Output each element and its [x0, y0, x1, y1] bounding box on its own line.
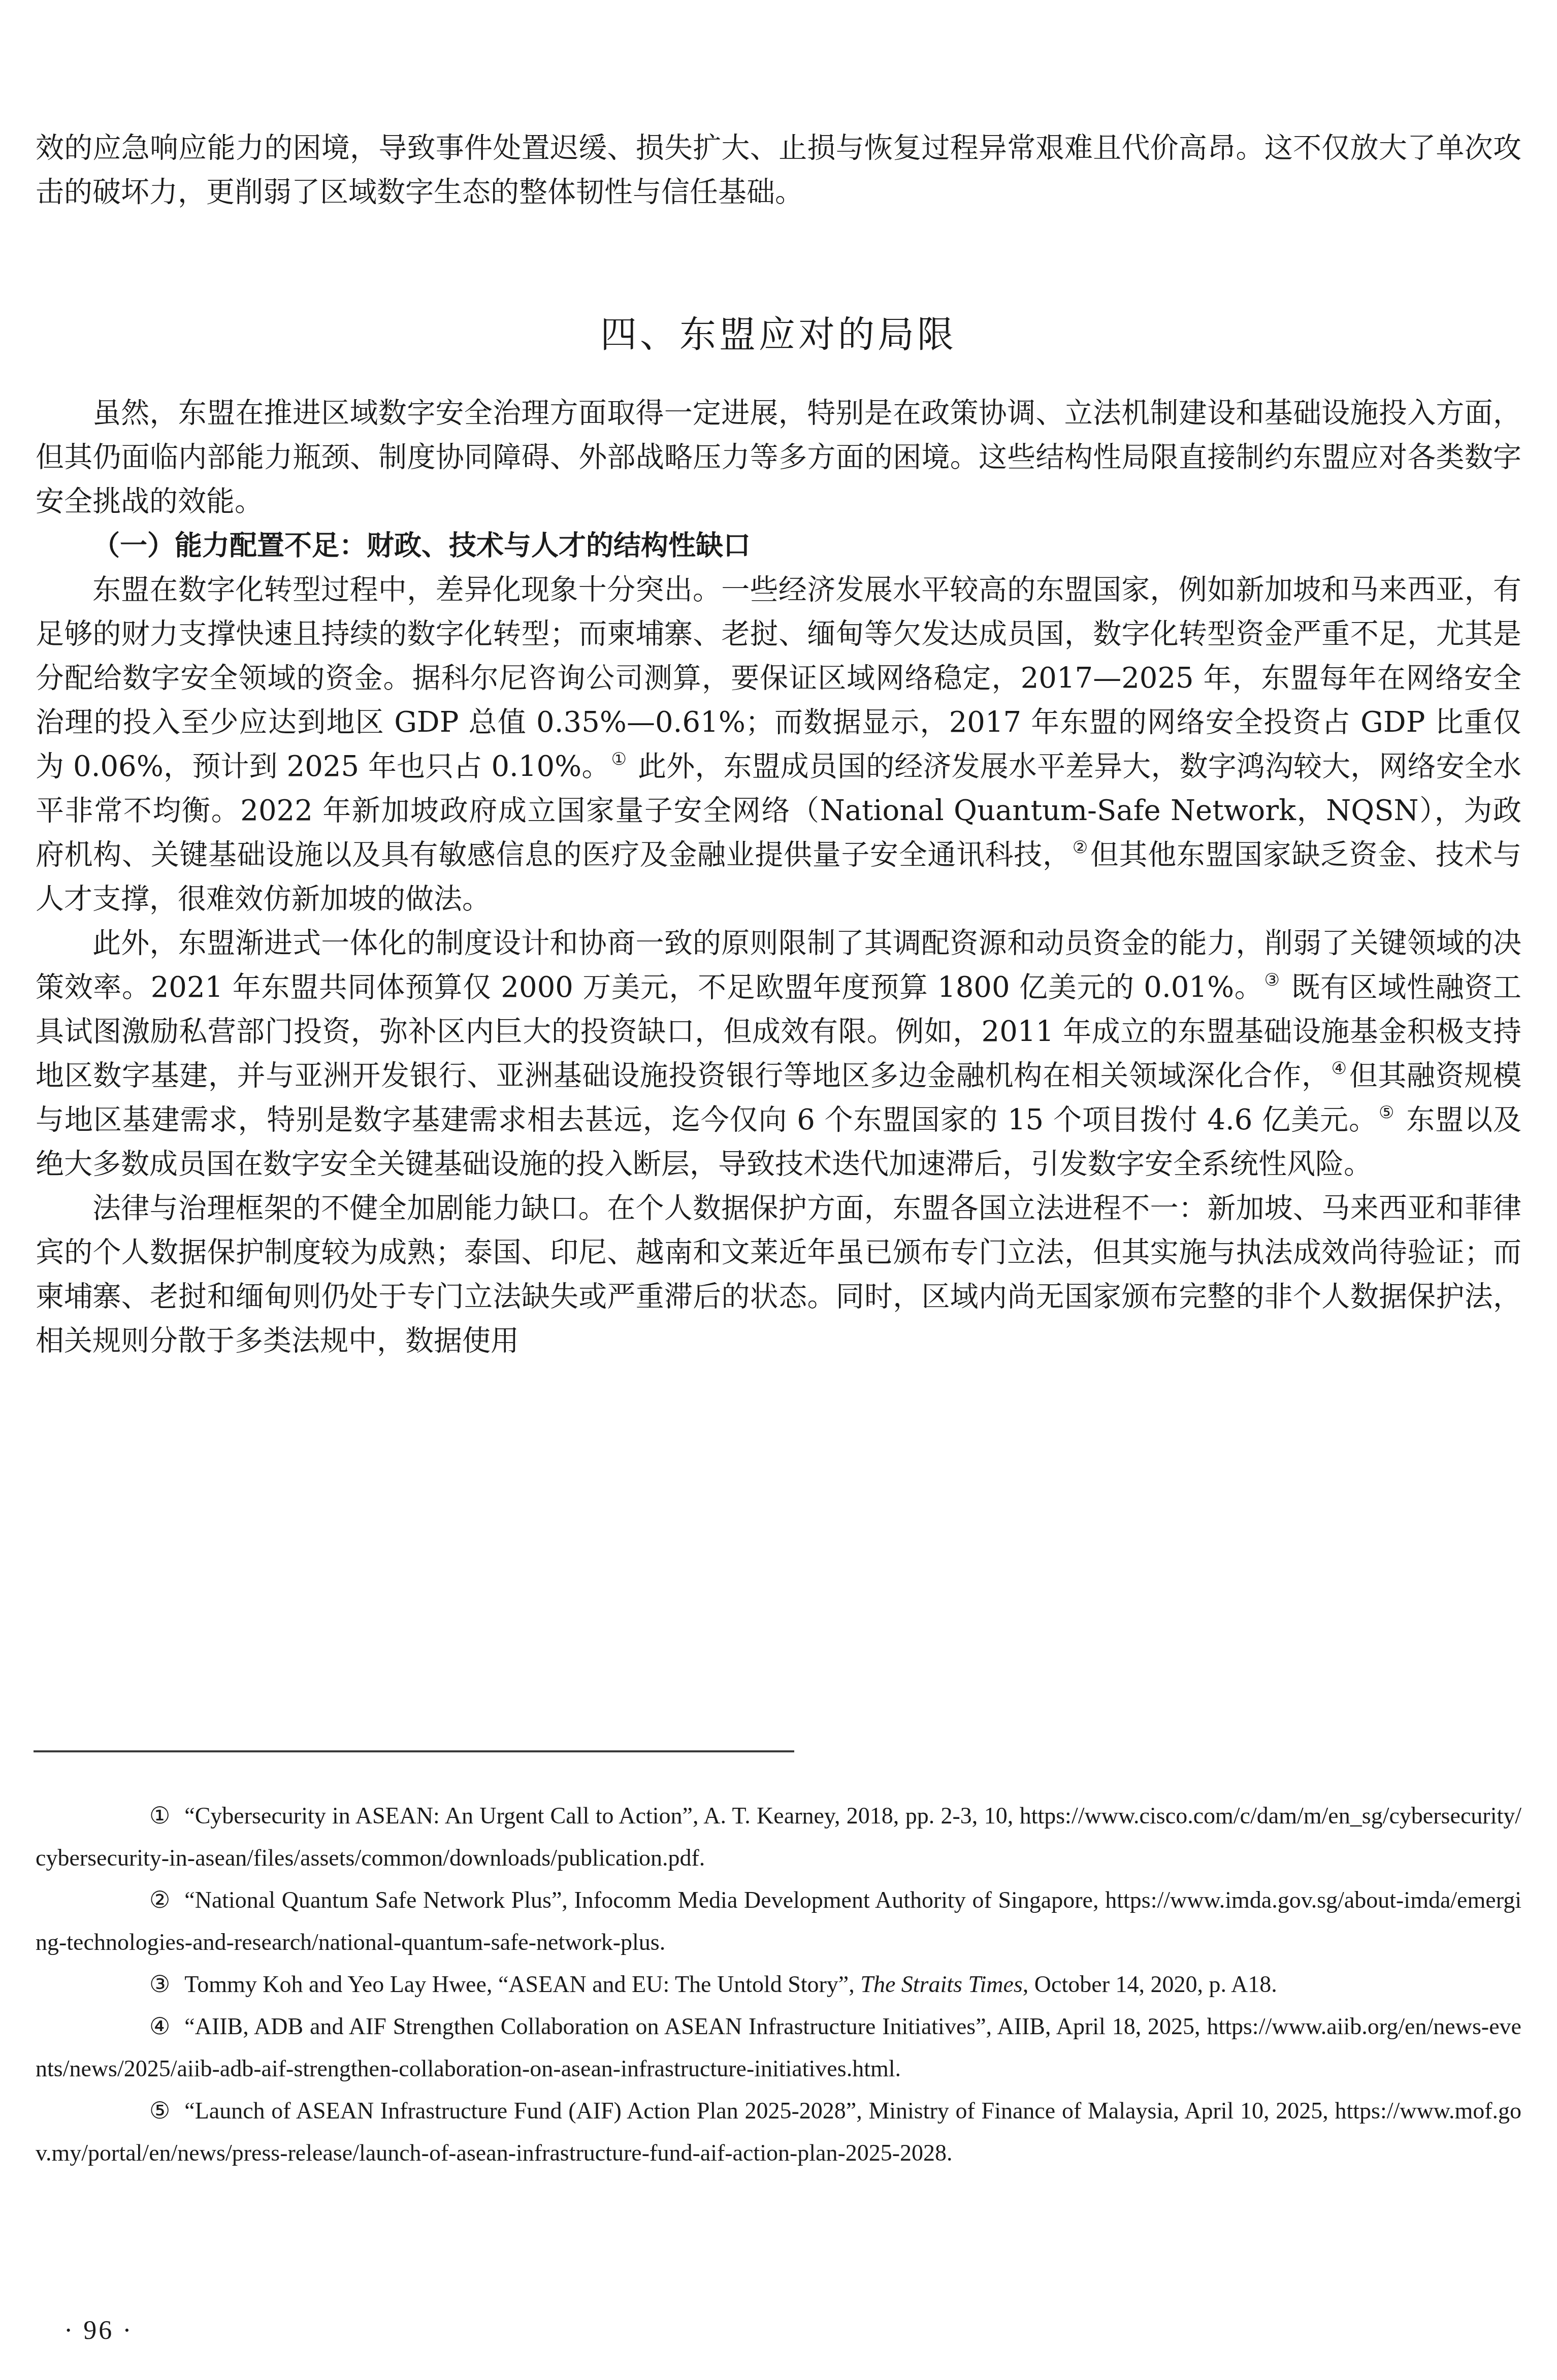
- footnote-marker: ①: [92, 1795, 170, 1837]
- body-paragraph-2: 此外，东盟渐进式一体化的制度设计和协商一致的原则限制了其调配资源和动员资金的能力…: [36, 921, 1521, 1186]
- footnote-ref-5[interactable]: ⑤: [1378, 1102, 1397, 1123]
- footnote-ref-4[interactable]: ④: [1331, 1058, 1349, 1079]
- footnote-3: ③Tommy Koh and Yeo Lay Hwee, “ASEAN and …: [36, 1963, 1521, 2005]
- footnote-ref-2[interactable]: ②: [1072, 837, 1090, 858]
- footnote-text[interactable]: “Launch of ASEAN Infrastructure Fund (AI…: [36, 2098, 1521, 2166]
- footnote-marker: ⑤: [92, 2090, 170, 2132]
- paragraph-text: 法律与治理框架的不健全加剧能力缺口。在个人数据保护方面，东盟各国立法进程不一：新…: [36, 1192, 1521, 1357]
- footnotes: ①“Cybersecurity in ASEAN: An Urgent Call…: [36, 1795, 1521, 2174]
- publication-title: The Straits Times: [860, 1971, 1023, 1997]
- body-paragraph-1: 东盟在数字化转型过程中，差异化现象十分突出。一些经济发展水平较高的东盟国家，例如…: [36, 568, 1521, 921]
- page-number: · 96 ·: [64, 2316, 134, 2346]
- continuation-block: 效的应急响应能力的困境，导致事件处置迟缓、损失扩大、止损与恢复过程异常艰难且代价…: [36, 126, 1521, 214]
- footnote-text: Tommy Koh and Yeo Lay Hwee, “ASEAN and E…: [184, 1971, 860, 1997]
- subsection-heading: （一）能力配置不足：财政、技术与人才的结构性缺口: [36, 524, 1521, 568]
- footnote-marker: ④: [92, 2005, 170, 2047]
- continuation-paragraph: 效的应急响应能力的困境，导致事件处置迟缓、损失扩大、止损与恢复过程异常艰难且代价…: [36, 126, 1521, 214]
- footnote-1: ①“Cybersecurity in ASEAN: An Urgent Call…: [36, 1795, 1521, 1879]
- footnote-ref-1[interactable]: ①: [610, 749, 629, 769]
- footnote-text: , October 14, 2020, p. A18.: [1023, 1971, 1277, 1997]
- section-intro-paragraph: 虽然，东盟在推进区域数字安全治理方面取得一定进展，特别是在政策协调、立法机制建设…: [36, 391, 1521, 524]
- body-paragraph-3: 法律与治理框架的不健全加剧能力缺口。在个人数据保护方面，东盟各国立法进程不一：新…: [36, 1186, 1521, 1363]
- footnote-text[interactable]: “National Quantum Safe Network Plus”, In…: [36, 1887, 1521, 1955]
- footnote-ref-3[interactable]: ③: [1263, 970, 1282, 990]
- footnote-marker: ②: [92, 1879, 170, 1921]
- footnote-marker: ③: [92, 1963, 170, 2005]
- footnote-divider: [34, 1750, 794, 1752]
- footnote-2: ②“National Quantum Safe Network Plus”, I…: [36, 1879, 1521, 1963]
- section-body: 虽然，东盟在推进区域数字安全治理方面取得一定进展，特别是在政策协调、立法机制建设…: [36, 391, 1521, 1363]
- footnote-5: ⑤“Launch of ASEAN Infrastructure Fund (A…: [36, 2090, 1521, 2174]
- section-title: 四、东盟应对的局限: [36, 309, 1521, 360]
- footnote-text[interactable]: “Cybersecurity in ASEAN: An Urgent Call …: [36, 1803, 1521, 1871]
- footnote-text[interactable]: “AIIB, ADB and AIF Strengthen Collaborat…: [36, 2013, 1521, 2081]
- footnote-4: ④“AIIB, ADB and AIF Strengthen Collabora…: [36, 2005, 1521, 2090]
